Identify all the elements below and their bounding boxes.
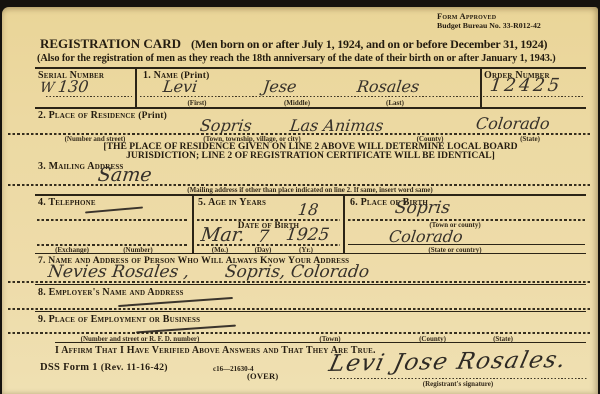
residence-label: 2. Place of Residence (Print) [38,110,167,121]
card-title: REGISTRATION CARD (Men born on or after … [40,35,547,53]
name-sub-last: (Last) [370,99,420,107]
name-sub-middle: (Middle) [272,99,322,107]
residence-label-number: 2. [38,110,46,121]
order-number-value: 12425 [489,75,564,96]
age-label: 5. Age in Years [198,197,266,208]
rule-under-contact [35,284,586,285]
mailing-address-value: Same [97,164,153,186]
dob-month-value: Mar. [200,224,247,246]
birth-town-value: Sopris [394,198,452,218]
residence-label-suffix: (Print) [138,111,167,121]
age-label-number: 5. [198,197,206,208]
form-revision: (Rev. 11-16-42) [101,362,168,373]
rule-above-row456 [35,194,586,196]
registrant-signature: Levi Jose Rosales. [326,347,569,377]
age-label-text: Age in Years [208,197,266,208]
signature-sub-label: (Registrant's signature) [398,380,518,388]
over-note: (OVER) [247,371,278,381]
contact-writing-line [8,281,592,283]
name-writing-line [140,96,478,97]
rule-above-affirmation [55,342,586,343]
form-approved-block: Form Approved Budget Bureau No. 33-R012-… [437,12,541,30]
telephone-label-number: 4. [38,197,46,208]
form-approved-line1: Form Approved [437,12,541,21]
employment-label-number: 9. [38,314,46,325]
serial-number-value: 130 [57,77,90,96]
rule-under-row1 [35,107,586,109]
mailing-label-number: 3. [38,161,46,172]
dob-year-value: 1925 [285,225,331,245]
form-id: DSS Form 1 (Rev. 11-16-42) [40,362,168,373]
name-first-value: Levi [162,77,199,96]
employment-label: 9. Place of Employment or Business [38,314,200,325]
contact-name-value: Nevies Rosales , [47,262,191,282]
employer-writing-line [8,308,592,310]
name-sub-first: (First) [177,99,217,107]
residence-label-text: Place of Residence [49,110,136,121]
telephone-label: 4. Telephone [38,197,96,208]
telephone-label-text: Telephone [48,197,95,208]
affirmation-text: I Affirm That I Have Verified Above Answ… [55,345,376,356]
contact-label-number: 7. [38,255,46,266]
employer-label: 8. Employer's Name and Address [38,287,184,298]
rule-under-employer [35,311,586,312]
divider-telephone-age [192,194,194,254]
telephone-writing-line1 [37,219,189,221]
budget-bureau-number: Budget Bureau No. 33-R012-42 [437,21,541,30]
order-writing-line [483,96,583,97]
employer-label-number: 8. [38,287,46,298]
employment-label-text: Place of Employment or Business [49,314,201,325]
title-main: REGISTRATION CARD [40,36,181,51]
registration-card-scan: Form Approved Budget Bureau No. 33-R012-… [0,0,600,394]
name-last-value: Rosales [356,77,421,96]
residence-state-value: Colorado [475,114,551,133]
birth-label-number: 6. [350,197,358,208]
divider-name-order [480,67,482,108]
card-subtitle: (Also for the registration of men as the… [37,53,556,64]
title-eligibility: (Men born on or after July 1, 1924, and … [191,37,547,51]
serial-writing-line [46,96,132,97]
divider-serial-name [135,67,137,108]
mailing-sub-note: (Mailing address if other than place ind… [100,186,520,194]
divider-age-birth [343,194,345,254]
rule-top [35,67,586,69]
name-label-number: 1. [143,70,151,81]
name-middle-value: Jese [262,77,298,96]
local-board-notice-line2: JURISDICTION; LINE 2 OF REGISTRATION CER… [35,150,586,161]
form-id-text: DSS Form 1 [40,362,98,373]
serial-prefix-value: W [39,80,55,96]
age-value: 18 [297,200,320,219]
employer-label-text: Employer's Name and Address [49,287,184,298]
contact-place-value: Sopris, Colorado [224,262,371,282]
employment-writing-line [8,332,592,334]
